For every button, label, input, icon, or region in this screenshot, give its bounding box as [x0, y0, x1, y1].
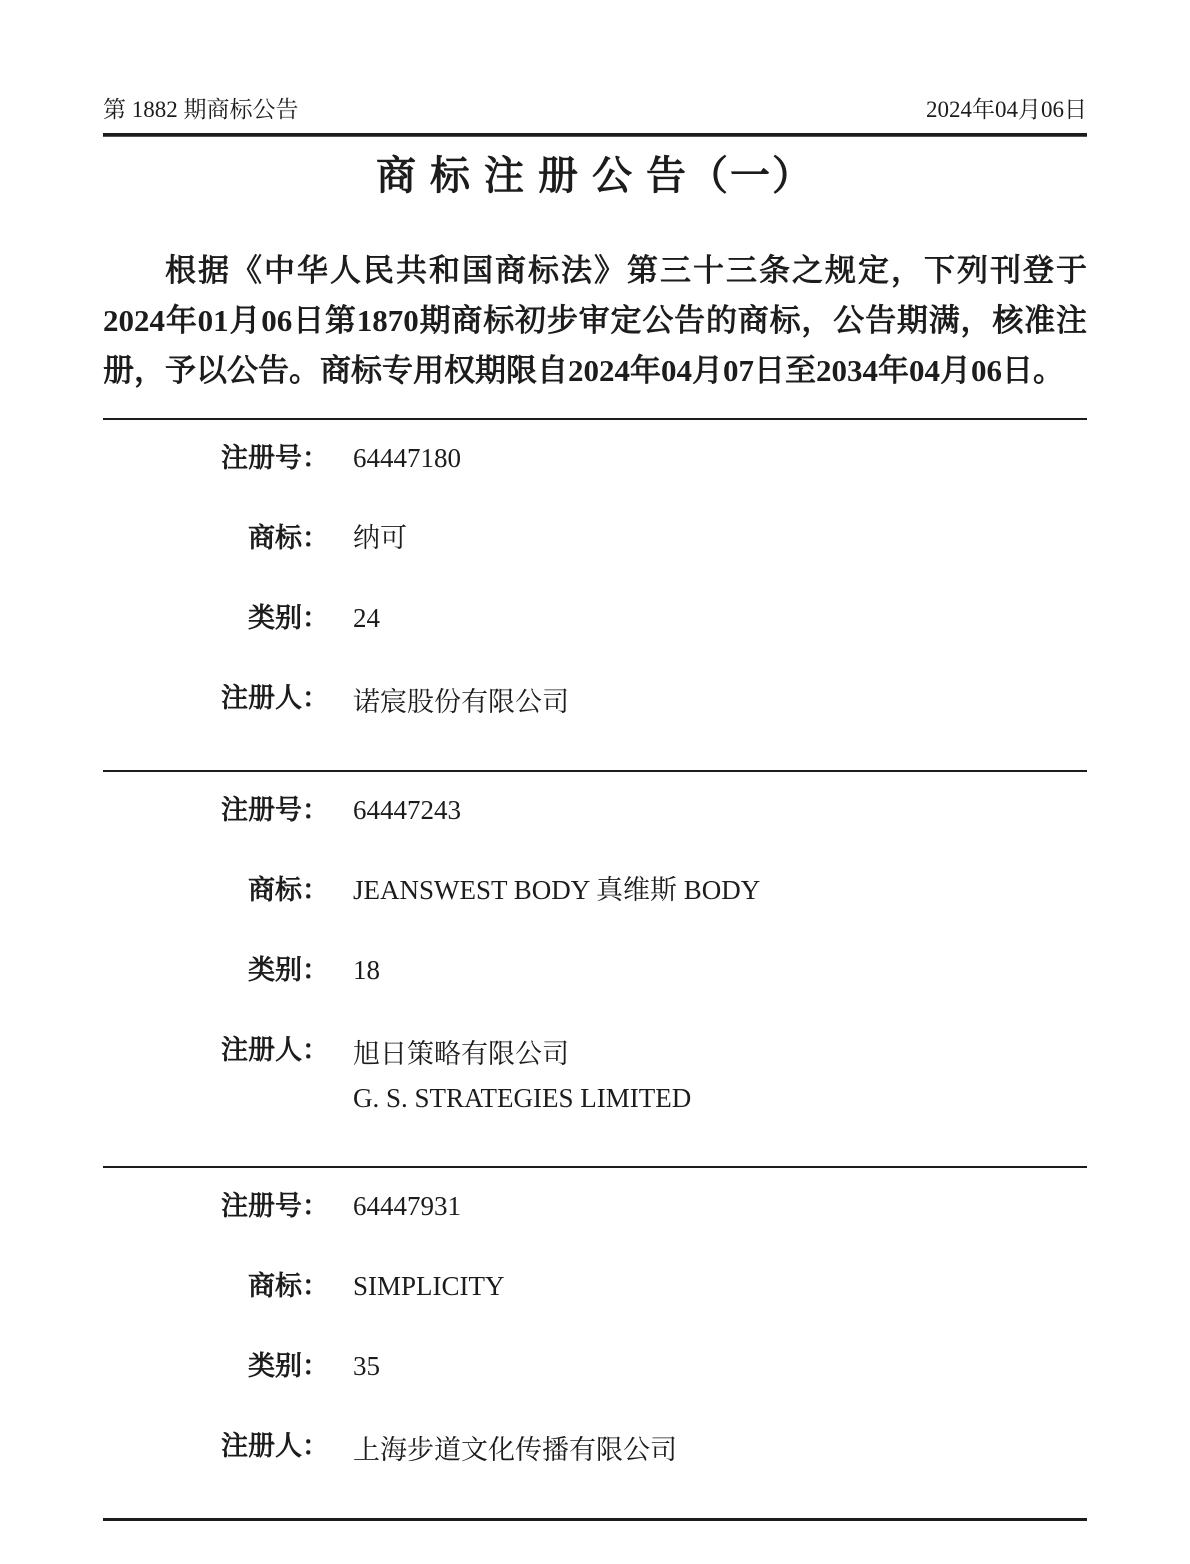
trademark-entries: 注册号： 64447180 商标： 纳可 类别： 24 注册人： 诺宸股份有限公…	[103, 418, 1087, 1521]
trademark-entry: 注册号： 64447243 商标： JEANSWEST BODY 真维斯 BOD…	[103, 770, 1087, 1120]
registrant-label: 注册人：	[103, 1032, 329, 1068]
page-title: 商 标 注 册 公 告（一）	[103, 150, 1087, 202]
category-value: 24	[353, 600, 380, 636]
reg-no-label: 注册号：	[103, 792, 329, 828]
registrant-label: 注册人：	[103, 680, 329, 716]
category-row: 类别： 35	[103, 1348, 1087, 1384]
registrant-value: 旭日策略有限公司 G. S. STRATEGIES LIMITED	[353, 1032, 691, 1120]
registrant-name-en: G. S. STRATEGIES LIMITED	[353, 1076, 691, 1120]
category-label: 类别：	[103, 952, 329, 988]
reg-no-row: 注册号： 64447180	[103, 440, 1087, 476]
trademark-value: JEANSWEST BODY 真维斯 BODY	[353, 872, 760, 908]
header-rule	[103, 133, 1087, 137]
registrant-name-cn: 旭日策略有限公司	[353, 1032, 691, 1076]
category-label: 类别：	[103, 600, 329, 636]
trademark-row: 商标： JEANSWEST BODY 真维斯 BODY	[103, 872, 1087, 908]
trademark-label: 商标：	[103, 872, 329, 908]
gazette-page: 第 1882 期商标公告 2024年04月06日 商 标 注 册 公 告（一） …	[0, 0, 1190, 1564]
bottom-rule	[103, 1518, 1087, 1521]
registrant-value: 诺宸股份有限公司	[353, 680, 569, 724]
gazette-issue: 第 1882 期商标公告	[103, 96, 299, 124]
trademark-label: 商标：	[103, 520, 329, 556]
trademark-value: 纳可	[353, 520, 407, 556]
category-row: 类别： 24	[103, 600, 1087, 636]
gazette-date: 2024年04月06日	[926, 96, 1087, 124]
category-row: 类别： 18	[103, 952, 1087, 988]
registrant-row: 注册人： 上海步道文化传播有限公司	[103, 1428, 1087, 1472]
reg-no-label: 注册号：	[103, 1188, 329, 1224]
category-value: 18	[353, 952, 380, 988]
reg-no-value: 64447180	[353, 440, 461, 476]
trademark-entry: 注册号： 64447180 商标： 纳可 类别： 24 注册人： 诺宸股份有限公…	[103, 418, 1087, 724]
reg-no-value: 64447243	[353, 792, 461, 828]
reg-no-row: 注册号： 64447243	[103, 792, 1087, 828]
registrant-row: 注册人： 诺宸股份有限公司	[103, 680, 1087, 724]
gazette-header: 第 1882 期商标公告 2024年04月06日	[103, 96, 1087, 124]
reg-no-row: 注册号： 64447931	[103, 1188, 1087, 1224]
reg-no-value: 64447931	[353, 1188, 461, 1224]
trademark-row: 商标： SIMPLICITY	[103, 1268, 1087, 1304]
trademark-value: SIMPLICITY	[353, 1268, 505, 1304]
registrant-name: 上海步道文化传播有限公司	[353, 1435, 677, 1465]
trademark-label: 商标：	[103, 1268, 329, 1304]
registrant-name: 诺宸股份有限公司	[353, 687, 569, 717]
category-value: 35	[353, 1348, 380, 1384]
intro-paragraph: 根据《中华人民共和国商标法》第三十三条之规定，下列刊登于2024年01月06日第…	[103, 246, 1087, 396]
category-label: 类别：	[103, 1348, 329, 1384]
reg-no-label: 注册号：	[103, 440, 329, 476]
registrant-row: 注册人： 旭日策略有限公司 G. S. STRATEGIES LIMITED	[103, 1032, 1087, 1120]
trademark-entry: 注册号： 64447931 商标： SIMPLICITY 类别： 35 注册人：…	[103, 1166, 1087, 1472]
trademark-row: 商标： 纳可	[103, 520, 1087, 556]
registrant-value: 上海步道文化传播有限公司	[353, 1428, 677, 1472]
registrant-label: 注册人：	[103, 1428, 329, 1464]
